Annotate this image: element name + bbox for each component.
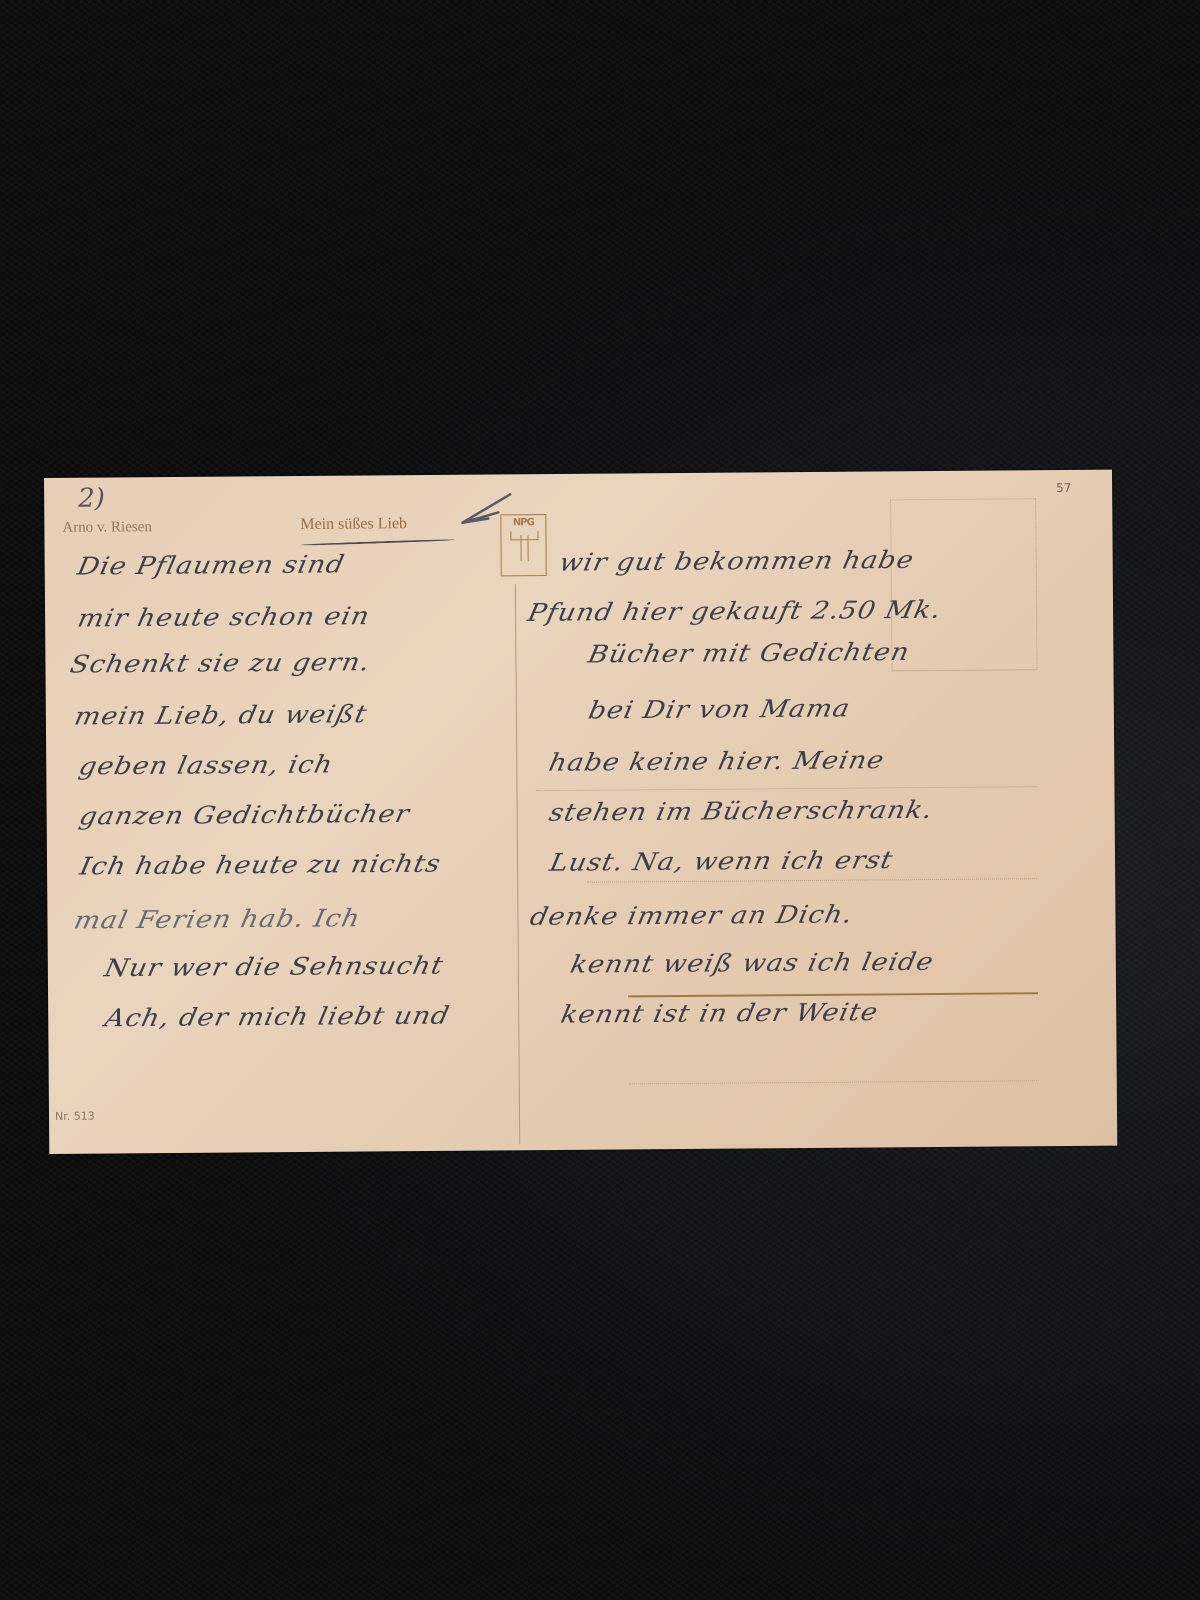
handwriting-line: kennt weiß was ich leide (568, 948, 936, 979)
handwriting-line: stehen im Bücherschrank. (547, 796, 936, 827)
address-line (536, 786, 1036, 791)
handwriting-line: Pfund hier gekauft 2.50 Mk. (525, 596, 944, 627)
handwriting-line: geben lassen, ich (76, 751, 335, 781)
card-title: Mein süßes Lieb (300, 515, 407, 534)
handwriting-line: bei Dir von Mama (586, 695, 853, 725)
handwriting-line: wir gut bekommen habe (557, 546, 917, 577)
address-line (629, 1080, 1039, 1084)
publisher-logo-icon: NPG (500, 514, 546, 576)
address-underline (628, 992, 1038, 997)
handwriting-line: Ach, der mich liebt und (102, 1002, 452, 1033)
corner-number-mark: 2) (78, 484, 105, 514)
handwriting-line: Lust. Na, wenn ich erst (547, 846, 896, 877)
stamp-box (890, 498, 1037, 671)
handwriting-line: mal Ferien hab. Ich (72, 905, 363, 935)
handwriting-line: denke immer an Dich. (528, 901, 856, 931)
handwriting-line: habe keine hier. Meine (546, 746, 887, 777)
center-divider (515, 584, 520, 1144)
pencil-underline (301, 539, 455, 546)
handwriting-line: mir heute schon ein (75, 603, 372, 633)
address-line (587, 878, 1037, 883)
pencil-mark: 57 (1056, 482, 1071, 494)
catalog-number: Nr. 513 (55, 1110, 95, 1123)
handwriting-line: kennt ist in der Weite (558, 999, 881, 1029)
handwriting-line: Nur wer die Sehnsucht (102, 952, 446, 983)
handwriting-line: Ich habe heute zu nichts (77, 850, 443, 881)
handwriting-line: Die Pflaumen sind (75, 551, 348, 581)
handwriting-line: Schenkt sie zu gern. (68, 649, 373, 679)
handwriting-line: ganzen Gedichtbücher (77, 800, 413, 831)
handwriting-line: mein Lieb, du weißt (72, 701, 370, 731)
postcard: 2) 57 Arno v. Riesen Mein süßes Lieb NPG… (44, 470, 1117, 1154)
artist-credit: Arno v. Riesen (62, 519, 152, 537)
handwriting-line: Bücher mit Gedichten (586, 638, 913, 668)
